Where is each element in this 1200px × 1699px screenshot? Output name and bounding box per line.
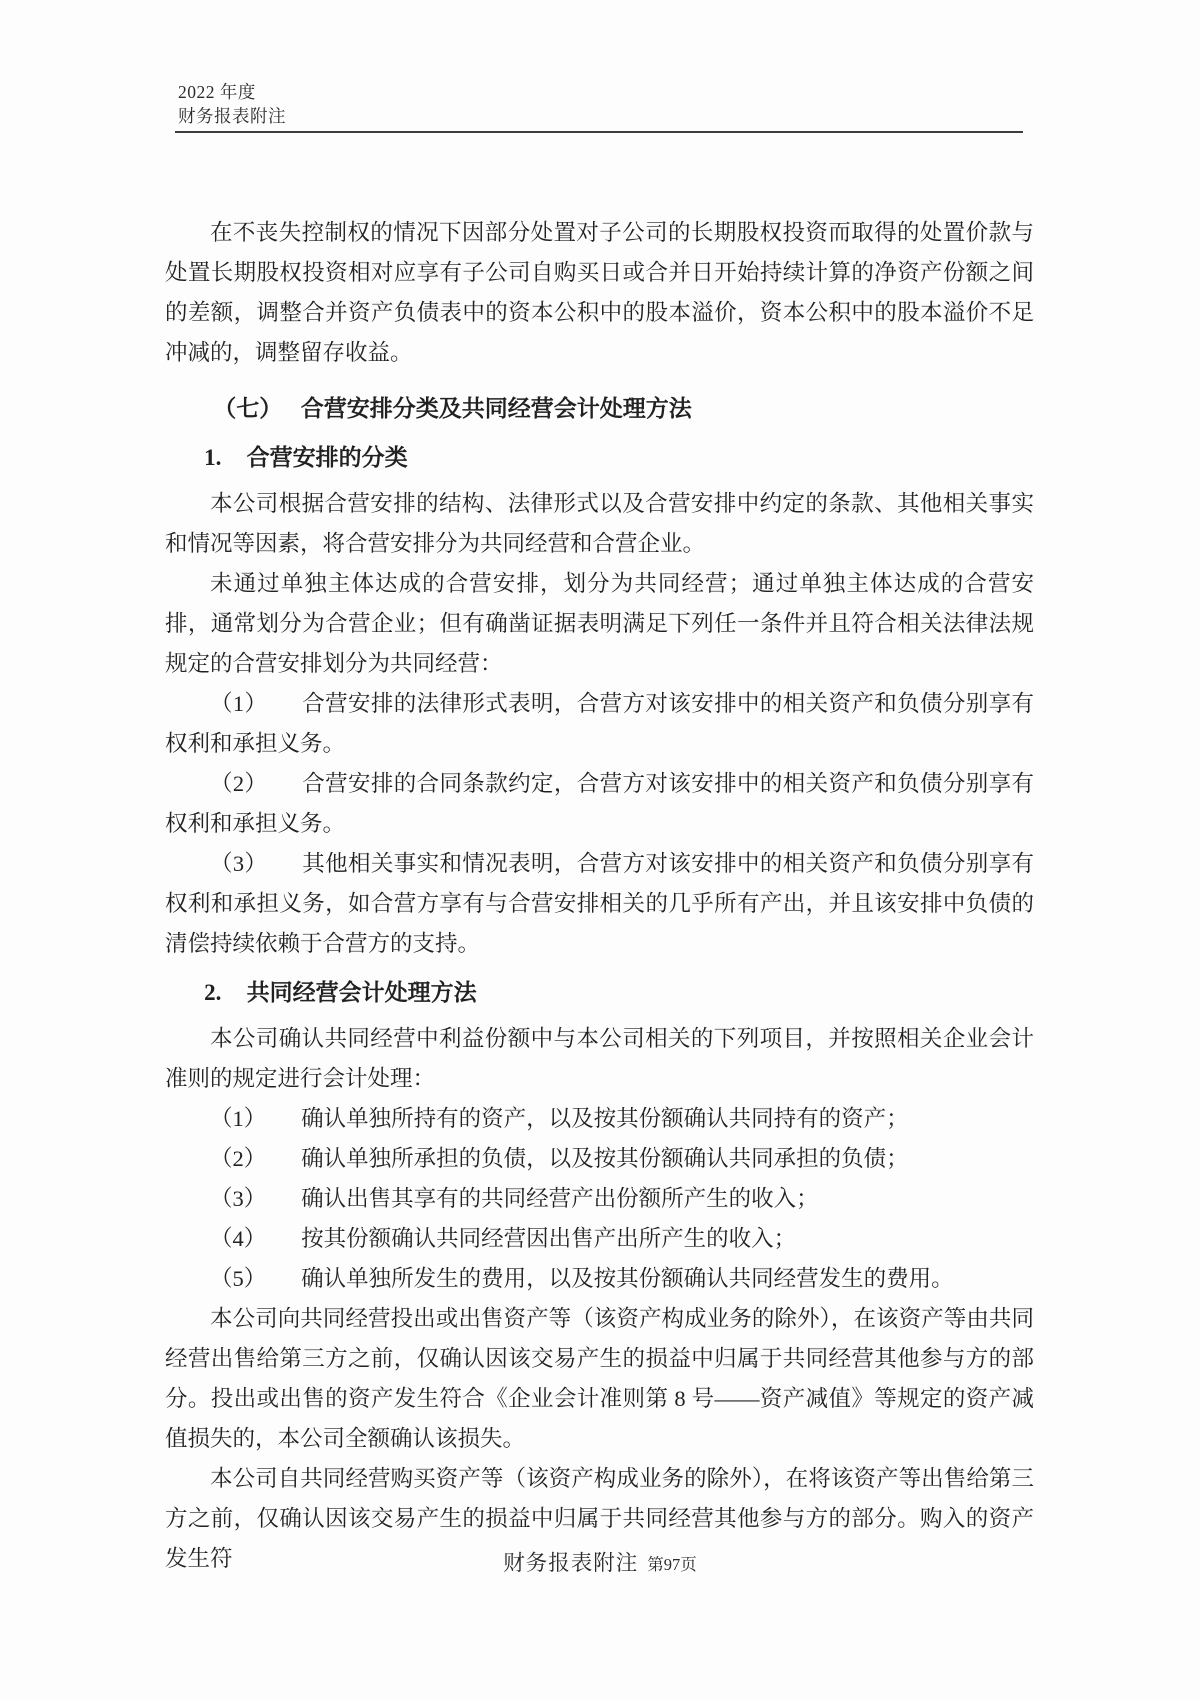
- list-item: （3）确认出售其享有的共同经营产出份额所产生的收入；: [165, 1179, 1034, 1219]
- list-item-number: （4）: [210, 1226, 266, 1251]
- list-item-text: 确认单独所承担的负债，以及按其份额确认共同承担的负债；: [301, 1146, 909, 1171]
- list-item-number: （1）: [210, 1106, 266, 1131]
- list-item-text: 按其份额确认共同经营因出售产出所产生的收入；: [301, 1226, 796, 1251]
- paragraph-classification-2: 未通过单独主体达成的合营安排，划分为共同经营；通过单独主体达成的合营安排，通常划…: [165, 564, 1034, 684]
- paragraph-accounting-intro: 本公司确认共同经营中利益份额中与本公司相关的下列项目，并按照相关企业会计准则的规…: [165, 1019, 1034, 1099]
- page-header: 2022 年度 财务报表附注: [178, 80, 286, 128]
- list-item-text: 合营安排的法律形式表明，合营方对该安排中的相关资产和负债分别享有权利和承担义务。: [165, 691, 1034, 756]
- subsection-title: 合营安排的分类: [247, 445, 408, 470]
- section-heading-7: （七）合营安排分类及共同经营会计处理方法: [165, 389, 1034, 429]
- subsection-heading-1: 1.合营安排的分类: [165, 438, 1034, 478]
- page-footer: 财务报表附注第97页: [0, 1546, 1200, 1577]
- document-body: 在不丧失控制权的情况下因部分处置对子公司的长期股权投资而取得的处置价款与处置长期…: [165, 213, 1034, 1579]
- header-rule: [175, 131, 1023, 133]
- document-page: 2022 年度 财务报表附注 在不丧失控制权的情况下因部分处置对子公司的长期股权…: [0, 0, 1200, 1699]
- list-item: （5）确认单独所发生的费用，以及按其份额确认共同经营发生的费用。: [165, 1259, 1034, 1299]
- list-item-text: 其他相关事实和情况表明，合营方对该安排中的相关资产和负债分别享有权利和承担义务，…: [165, 851, 1034, 956]
- list-item-number: （3）: [210, 1186, 266, 1211]
- list-item-text: 合营安排的合同条款约定，合营方对该安排中的相关资产和负债分别享有权利和承担义务。: [165, 771, 1034, 836]
- list-item-number: （2）: [210, 1146, 266, 1171]
- list-item-text: 确认单独所持有的资产，以及按其份额确认共同持有的资产；: [301, 1106, 909, 1131]
- section-heading-title: 合营安排分类及共同经营会计处理方法: [301, 396, 692, 421]
- footer-page-number: 第97页: [647, 1555, 697, 1574]
- section-heading-number: （七）: [213, 396, 282, 421]
- list-item: （4）按其份额确认共同经营因出售产出所产生的收入；: [165, 1219, 1034, 1259]
- subsection-heading-2: 2.共同经营会计处理方法: [165, 973, 1034, 1013]
- list-item-text: 确认单独所发生的费用，以及按其份额确认共同经营发生的费用。: [301, 1266, 954, 1291]
- subsection-title: 共同经营会计处理方法: [247, 980, 477, 1005]
- paragraph-disposal-intro: 在不丧失控制权的情况下因部分处置对子公司的长期股权投资而取得的处置价款与处置长期…: [165, 213, 1034, 373]
- list-item: （2）合营安排的合同条款约定，合营方对该安排中的相关资产和负债分别享有权利和承担…: [165, 764, 1034, 844]
- header-year-line: 2022 年度: [178, 80, 286, 104]
- footer-title: 财务报表附注: [503, 1551, 638, 1575]
- list-item-number: （1）: [210, 691, 267, 716]
- list-item: （1）确认单独所持有的资产，以及按其份额确认共同持有的资产；: [165, 1099, 1034, 1139]
- list-item: （1）合营安排的法律形式表明，合营方对该安排中的相关资产和负债分别享有权利和承担…: [165, 684, 1034, 764]
- subsection-number: 1.: [204, 445, 221, 470]
- list-item-number: （3）: [210, 851, 267, 876]
- list-item-number: （2）: [210, 771, 267, 796]
- list-item: （2）确认单独所承担的负债，以及按其份额确认共同承担的负债；: [165, 1139, 1034, 1179]
- list-item-number: （5）: [210, 1266, 266, 1291]
- paragraph-asset-sale: 本公司向共同经营投出或出售资产等（该资产构成业务的除外），在该资产等由共同经营出…: [165, 1299, 1034, 1459]
- list-item-text: 确认出售其享有的共同经营产出份额所产生的收入；: [301, 1186, 819, 1211]
- paragraph-classification-1: 本公司根据合营安排的结构、法律形式以及合营安排中约定的条款、其他相关事实和情况等…: [165, 484, 1034, 564]
- subsection-number: 2.: [204, 980, 221, 1005]
- list-item: （3）其他相关事实和情况表明，合营方对该安排中的相关资产和负债分别享有权利和承担…: [165, 844, 1034, 964]
- header-title-line: 财务报表附注: [178, 104, 286, 128]
